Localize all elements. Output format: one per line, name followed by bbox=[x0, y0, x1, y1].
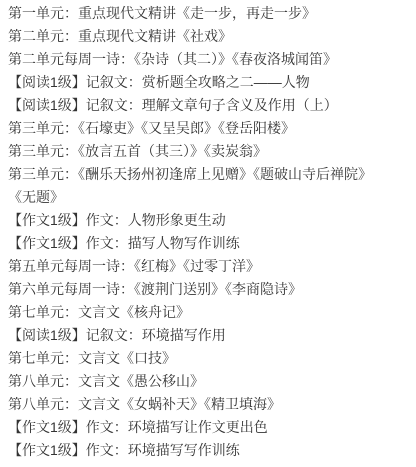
syllabus-line: 【阅读1级】记叙文：理解文章句子含义及作用（上） bbox=[8, 94, 408, 117]
syllabus-line: 【阅读1级】记叙文：环境描写作用 bbox=[8, 324, 408, 347]
syllabus-line: 第六单元每周一诗：《渡荆门送别》《李商隐诗》 bbox=[8, 278, 408, 301]
syllabus-line: 【阅读1级】记叙文：赏析题全攻略之二——人物 bbox=[8, 71, 408, 94]
syllabus-line: 第八单元：文言文《愚公移山》 bbox=[8, 370, 408, 393]
syllabus-line: 第五单元每周一诗：《红梅》《过零丁洋》 bbox=[8, 255, 408, 278]
syllabus-line: 第二单元：重点现代文精讲《社戏》 bbox=[8, 25, 408, 48]
syllabus-line: 【作文1级】作文：环境描写写作训练 bbox=[8, 439, 408, 462]
syllabus-line: 第三单元：《酬乐天扬州初逢席上见赠》《题破山寺后禅院》 bbox=[8, 163, 408, 186]
syllabus-line: 第一单元：重点现代文精讲《走一步，再走一步》 bbox=[8, 2, 408, 25]
syllabus-line: 【作文1级】作文：环境描写让作文更出色 bbox=[8, 416, 408, 439]
syllabus-line: 【作文1级】作文：人物形象更生动 bbox=[8, 209, 408, 232]
syllabus-line: 第七单元：文言文《口技》 bbox=[8, 347, 408, 370]
syllabus-line: 第三单元：《放言五首（其三）》《卖炭翁》 bbox=[8, 140, 408, 163]
syllabus-line: 第二单元每周一诗：《杂诗（其二）》《春夜洛城闻笛》 bbox=[8, 48, 408, 71]
syllabus-line-wrapped: 《无题》 bbox=[8, 186, 408, 209]
syllabus-list: 第一单元：重点现代文精讲《走一步，再走一步》 第二单元：重点现代文精讲《社戏》 … bbox=[0, 0, 416, 462]
syllabus-line: 第七单元：文言文《核舟记》 bbox=[8, 301, 408, 324]
syllabus-line: 【作文1级】作文：描写人物写作训练 bbox=[8, 232, 408, 255]
syllabus-line: 第三单元：《石壕吏》《又呈吴郎》《登岳阳楼》 bbox=[8, 117, 408, 140]
syllabus-line: 第八单元：文言文《女蜗补天》《精卫填海》 bbox=[8, 393, 408, 416]
